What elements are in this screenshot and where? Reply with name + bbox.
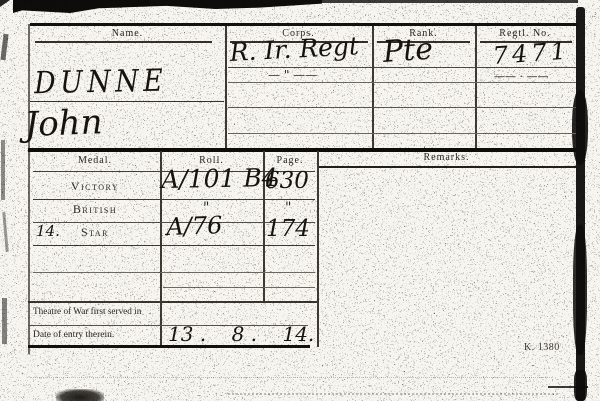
name-column-header: Name. xyxy=(30,28,225,39)
column-divider xyxy=(372,26,374,150)
row-rule xyxy=(228,133,576,134)
medal-row-victory: Victory xyxy=(30,179,160,194)
scan-artifact-left-mark xyxy=(2,298,7,344)
page-ditto-british: " xyxy=(285,201,291,215)
header-underline xyxy=(35,41,212,43)
row-rule xyxy=(30,101,224,102)
row-rule xyxy=(33,272,315,273)
scan-artifact-top-band xyxy=(100,0,322,9)
row-rule xyxy=(33,199,315,200)
corps-ditto-mark: — " —— xyxy=(268,69,317,81)
scan-artifact-top-band xyxy=(13,0,105,13)
date-of-entry-label: Date of entry therein. xyxy=(33,330,114,340)
medal-index-card-scan: Name. Corps. Rank. Regtl. No. DUNNE John… xyxy=(0,0,600,401)
scan-artifact-top-line xyxy=(318,0,578,3)
column-divider xyxy=(475,26,477,150)
regtl-no-ditto-mark: —— · —— xyxy=(494,71,549,82)
medal-row-british: British xyxy=(30,202,160,217)
scan-artifact-right-edge xyxy=(573,225,587,355)
corps-value: R. Ir. Regt xyxy=(229,33,359,65)
scan-artifact-dotted-line xyxy=(30,377,550,378)
regtl-no-value: 7471 xyxy=(492,39,571,68)
column-divider xyxy=(225,26,227,150)
row-rule xyxy=(228,107,576,108)
scan-artifact-corner xyxy=(0,0,10,7)
remarks-column-header: Remarks. xyxy=(317,152,576,163)
medal-column-header: Medal. xyxy=(30,155,160,166)
row-rule xyxy=(33,245,315,246)
section-separator xyxy=(28,148,578,152)
forename-value: John xyxy=(24,105,103,142)
row-rule xyxy=(163,287,315,288)
scan-artifact-short-line xyxy=(548,386,588,388)
form-reference-number: K. 1380 xyxy=(524,342,560,353)
page-value-victory: 630 xyxy=(265,170,309,193)
rank-value: Pte xyxy=(382,35,434,68)
row-rule xyxy=(28,301,317,303)
surname-value: DUNNE xyxy=(34,65,168,98)
roll-value-victory: A/101 B4 xyxy=(161,165,278,192)
scan-artifact-left-mark xyxy=(0,34,8,60)
date-of-entry-value: 13 . 8 . 14. xyxy=(168,324,314,344)
scan-artifact-bottom-blob xyxy=(56,389,104,401)
scan-artifact-left-mark xyxy=(1,140,5,200)
header-underline xyxy=(317,166,576,168)
medal-row-star: Star xyxy=(30,225,160,240)
theatre-of-war-label: Theatre of War first served in xyxy=(33,307,141,317)
scan-artifact-dotted-line xyxy=(228,393,558,395)
card-top-border xyxy=(30,23,578,26)
scan-artifact-left-mark xyxy=(2,212,8,252)
page-value-star: 174 xyxy=(266,218,310,241)
column-divider xyxy=(317,151,319,347)
roll-value-star: A/76 xyxy=(166,213,223,239)
